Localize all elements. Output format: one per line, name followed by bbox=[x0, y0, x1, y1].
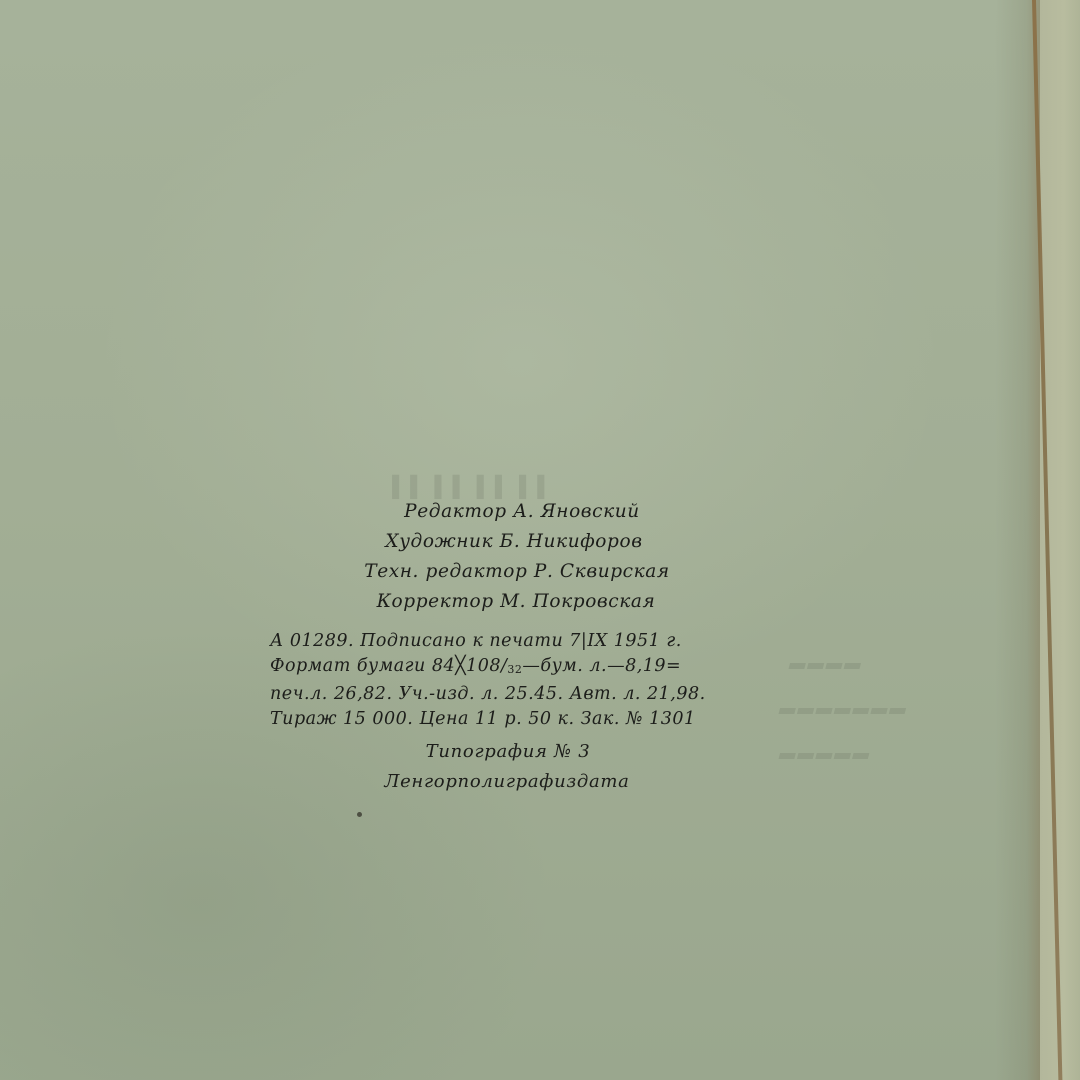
credit-tech-editor: Техн. редактор Р. Сквирская bbox=[0, 557, 1037, 587]
colophon-signed-line: А 01289. Подписано к печати 7|IX 1951 г. bbox=[270, 629, 706, 654]
bleed-through-text: ▂▂▂▂▂▂▂ bbox=[780, 690, 909, 715]
colophon-format-suffix: —бум. л.—8,19= bbox=[522, 656, 681, 676]
printer-block: Типография № 3 Ленгорполиграфиздата bbox=[0, 737, 1020, 797]
colophon-sheets-line: печ.л. 26,82. Уч.-изд. л. 25.45. Авт. л.… bbox=[270, 682, 706, 707]
book-page: ▐ ▌▐ ▌▐ ▌▐ ▌ ▂▂▂▂ ▂▂▂▂▂▂▂ ▂▂▂▂▂ Редактор… bbox=[0, 0, 1080, 1080]
colophon-format-line: Формат бумаги 84╳108/32—бум. л.—8,19= bbox=[270, 654, 706, 683]
printer-publisher: Ленгорполиграфиздата bbox=[0, 767, 1017, 797]
bleed-through-text: ▂▂▂▂ bbox=[790, 645, 864, 670]
colophon-format-prefix: Формат бумаги 84╳108/ bbox=[270, 656, 507, 676]
colophon-block: А 01289. Подписано к печати 7|IX 1951 г.… bbox=[270, 629, 706, 731]
colophon-format-sub: 32 bbox=[507, 663, 522, 676]
credit-artist: Художник Б. Никифоров bbox=[0, 527, 1034, 557]
credit-proofreader: Корректор М. Покровская bbox=[0, 587, 1036, 617]
bleed-through-text: ▐ ▌▐ ▌▐ ▌▐ ▌ bbox=[385, 476, 554, 499]
page-edge-shadow bbox=[995, 0, 1040, 1080]
colophon-run-price-line: Тираж 15 000. Цена 11 р. 50 к. Зак. № 13… bbox=[270, 707, 706, 732]
printer-name: Типография № 3 bbox=[0, 737, 1018, 767]
credit-editor: Редактор А. Яновский bbox=[2, 497, 1042, 527]
credits-block: Редактор А. Яновский Художник Б. Никифор… bbox=[0, 497, 1040, 617]
paper-speck bbox=[357, 812, 362, 817]
